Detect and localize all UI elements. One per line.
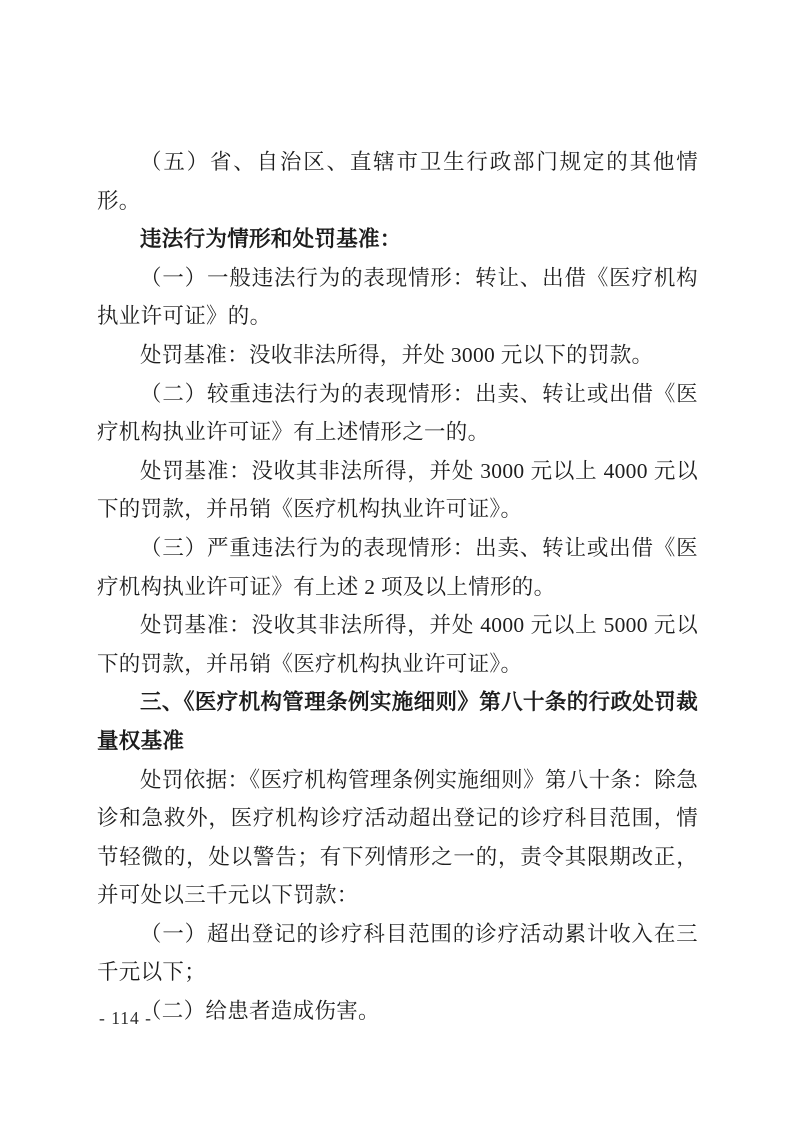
paragraph-severe-violation: （三）严重违法行为的表现情形：出卖、转让或出借《医疗机构执业许可证》有上述 2 … [97,529,698,606]
paragraph-item-5-other-cases: （五）省、自治区、直辖市卫生行政部门规定的其他情形。 [97,143,698,220]
paragraph-serious-violation: （二）较重违法行为的表现情形：出卖、转让或出借《医疗机构执业许可证》有上述情形之… [97,375,698,452]
paragraph-condition-2-harm: （二）给患者造成伤害。 [97,992,698,1031]
paragraph-penalty-basis-article-80: 处罚依据：《医疗机构管理条例实施细则》第八十条：除急诊和急救外，医疗机构诊疗活动… [97,761,698,915]
paragraph-general-penalty: 处罚基准：没收非法所得，并处 3000 元以下的罚款。 [97,336,698,375]
heading-article-80-discretion-standard: 三、《医疗机构管理条例实施细则》第八十条的行政处罚裁量权基准 [97,683,698,760]
paragraph-serious-penalty: 处罚基准：没收其非法所得，并处 3000 元以上 4000 元以下的罚款，并吊销… [97,452,698,529]
paragraph-general-violation: （一）一般违法行为的表现情形：转让、出借《医疗机构执业许可证》的。 [97,259,698,336]
paragraph-severe-penalty: 处罚基准：没收其非法所得，并处 4000 元以上 5000 元以下的罚款，并吊销… [97,606,698,683]
heading-violation-and-penalty-standards: 违法行为情形和处罚基准： [97,220,698,259]
page-number: - 114 - [99,1003,152,1033]
paragraph-condition-1-income: （一）超出登记的诊疗科目范围的诊疗活动累计收入在三千元以下； [97,915,698,992]
document-page: （五）省、自治区、直辖市卫生行政部门规定的其他情形。 违法行为情形和处罚基准： … [0,0,793,1122]
document-body: （五）省、自治区、直辖市卫生行政部门规定的其他情形。 违法行为情形和处罚基准： … [97,143,698,1031]
